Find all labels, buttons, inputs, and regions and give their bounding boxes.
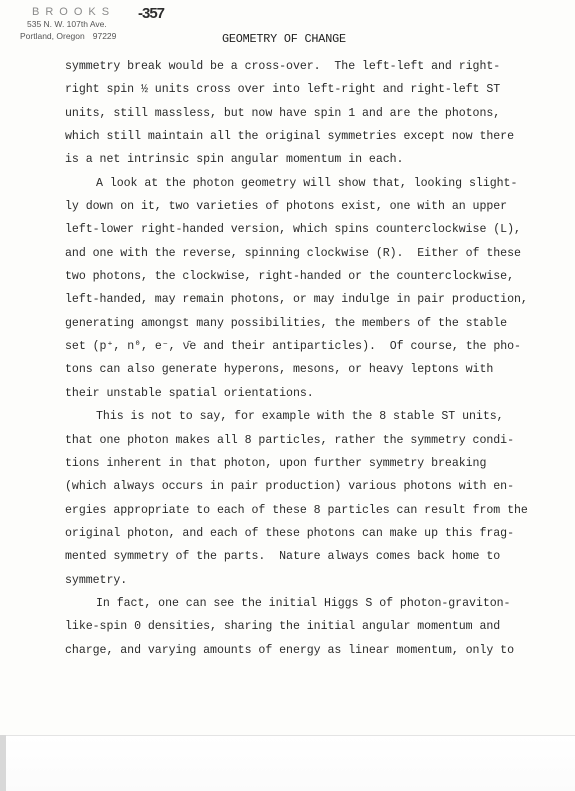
text-line: left-handed, may remain photons, or may … [65, 288, 517, 311]
text-line: units, still massless, but now have spin… [65, 102, 517, 125]
text-line: ly down on it, two varieties of photons … [65, 195, 517, 218]
scan-shadow [0, 735, 6, 791]
text-line: original photon, and each of these photo… [65, 522, 517, 545]
text-line: symmetry. [65, 569, 517, 592]
text-line: their unstable spatial orientations. [65, 382, 517, 405]
handwritten-page-number: -357 [138, 5, 164, 22]
text-line: charge, and varying amounts of energy as… [65, 639, 517, 662]
text-line: two photons, the clockwise, right-handed… [65, 265, 517, 288]
text-line: generating amongst many possibilities, t… [65, 312, 517, 335]
text-line: tons can also generate hyperons, mesons,… [65, 358, 517, 381]
document-body: symmetry break would be a cross-over. Th… [65, 55, 517, 662]
stamp-address-city: Portland, Oregon97229 [20, 31, 160, 41]
text-line: left-lower right-handed version, which s… [65, 218, 517, 241]
page-bottom-edge [0, 735, 575, 791]
text-line: mented symmetry of the parts. Nature alw… [65, 545, 517, 568]
text-line: (which always occurs in pair production)… [65, 475, 517, 498]
stamp-zip: 97229 [93, 31, 117, 41]
paragraph: symmetry break would be a cross-over. Th… [65, 55, 517, 172]
page-title: GEOMETRY OF CHANGE [222, 32, 346, 46]
text-line: ergies appropriate to each of these 8 pa… [65, 499, 517, 522]
text-line: right spin ½ units cross over into left-… [65, 78, 517, 101]
paragraph: In fact, one can see the initial Higgs S… [65, 592, 517, 662]
text-line: like-spin 0 densities, sharing the initi… [65, 615, 517, 638]
text-line: In fact, one can see the initial Higgs S… [65, 592, 517, 615]
text-line: tions inherent in that photon, upon furt… [65, 452, 517, 475]
text-line: set (p⁺, n⁰, e⁻, ν̄e and their antiparti… [65, 335, 517, 358]
text-line: and one with the reverse, spinning clock… [65, 242, 517, 265]
text-line: symmetry break would be a cross-over. Th… [65, 55, 517, 78]
text-line: A look at the photon geometry will show … [65, 172, 517, 195]
paragraph: A look at the photon geometry will show … [65, 172, 517, 405]
stamp-city: Portland, Oregon [20, 31, 85, 41]
text-line: that one photon makes all 8 particles, r… [65, 429, 517, 452]
text-line: which still maintain all the original sy… [65, 125, 517, 148]
paragraph: This is not to say, for example with the… [65, 405, 517, 592]
text-line: This is not to say, for example with the… [65, 405, 517, 428]
text-line: is a net intrinsic spin angular momentum… [65, 148, 517, 171]
